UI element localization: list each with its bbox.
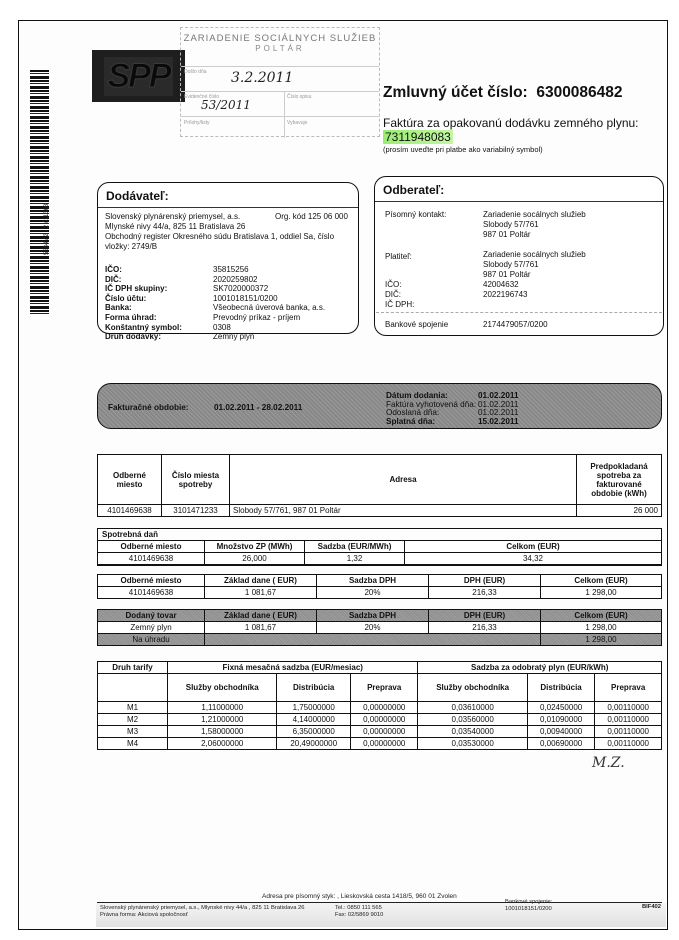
goods-table: Dodaný tovar Základ dane ( EUR) Sadzba D… [97,609,662,646]
tariff-row: M11,110000001,750000000,000000000,036100… [98,702,662,714]
footer-bank: 1001018151/0200 [505,906,552,912]
payer-line-1: Zariadenie socálnych služieb [483,250,586,259]
supplier-org-code: Org. kód 125 06 000 [275,212,348,221]
supplier-field-label: Číslo účtu: [105,294,146,303]
supplier-field-label: Forma úhrad: [105,313,157,322]
supplier-name: Slovenský plynárenský priemysel, a.s. [105,212,240,221]
tariff-table: Druh tarify Fixná mesačná sadzba (EUR/me… [97,661,662,750]
consumption-site-number: 3101471233 [162,505,230,517]
supplier-field-value: Všeobecná úverová banka, a.s. [213,303,325,312]
customer-dic-label: DIČ: [385,290,401,299]
period-value: 01.02.2011 - 28.02.2011 [214,403,302,412]
stamp-reg-number: 53/2011 [201,98,251,112]
customer-icdph-label: IČ DPH: [385,300,414,309]
customer-ico-label: IČO: [385,280,401,289]
contact-line-3: 987 01 Poltár [483,230,531,239]
correspondence-address: Adresa pre písomný styk: , Lieskovská ce… [262,893,457,900]
vat-total: 1 298,00 [541,587,662,599]
customer-bank: 2174479057/0200 [483,320,548,329]
contact-line-2: Slobody 57/761 [483,220,539,229]
vat-table: Odberné miesto Základ dane ( EUR) Sadzba… [97,574,662,599]
payer-line-3: 987 01 Poltár [483,270,531,279]
supplier-field-value: Prevodný príkaz - príjem [213,313,300,322]
stamp-received-date: 3.2.2011 [231,70,293,86]
supplier-register-2: vložky: 2749/B [105,242,157,251]
handwritten-initials: M.Z. [592,755,625,771]
supplier-field-value: 0308 [213,323,231,332]
supplier-field-label: IČO: [105,265,122,274]
supplier-title: Dodávateľ: [98,183,358,208]
period-date-value: 15.02.2011 [478,417,519,426]
customer-dic: 2022196743 [483,290,528,299]
period-date-label: Splatná dňa: [386,417,435,426]
excise-title: Spotrebná daň [102,530,158,539]
tariff-row: M21,210000004,140000000,000000000,035600… [98,714,662,726]
consumption-table: Odberné miesto Číslo miesta spotreby Adr… [97,454,662,517]
customer-ico: 42004632 [483,280,519,289]
stamp-subtitle: POLTÁR [181,44,379,53]
spp-logo: SPP [92,50,185,102]
supplier-field-label: IČ DPH skupiny: [105,284,167,293]
variable-symbol: 7311948083 [383,130,453,144]
supplier-field-value: SK7020000372 [213,284,268,293]
contract-account: Zmluvný účet číslo: 6300086482 [383,84,623,102]
supplier-field-label: Banka: [105,303,132,312]
contact-line-1: Zariadenie socálnych služieb [483,210,586,219]
stamp-title: ZARIADENIE SOCIÁLNYCH SLUŽIEB [181,33,379,44]
payer-line-2: Slobody 57/761 [483,260,539,269]
estimated-consumption: 26 000 [577,505,662,517]
barcode [30,70,49,315]
period-label: Fakturačné obdobie: [108,403,189,412]
consumption-point: 4101469638 [98,505,162,517]
contract-number: 6300086482 [536,84,622,101]
footer-company: Slovenský plynárenský priemysel, a.s., M… [100,905,305,911]
customer-title: Odberateľ: [375,177,663,202]
barcode-number: 5684 / 2 / 2 / 11368 [44,204,50,255]
tariff-row: M31,580000006,350000000,000000000,035400… [98,726,662,738]
supplier-address: Mlynské nivy 44/a, 825 11 Bratislava 26 [105,222,245,231]
footer-form-code: BIF402 [642,904,661,910]
stamp-received-label: Došlo dňa [184,69,207,75]
excise-total: 34,32 [405,553,662,565]
payer-label: Platiteľ: [385,252,412,261]
footer-tel: Tel.: 0850 111 565 [335,905,382,911]
billing-period-band: Fakturačné obdobie: 01.02.2011 - 28.02.2… [97,383,662,429]
tariff-row: M42,0600000020,490000000,000000000,03530… [98,738,662,750]
stamp-attachments-label: Prílohy/listy [184,120,210,126]
footer-bank-label: Bankové spojenie: [505,899,552,905]
supplier-field-value: 1001018151/0200 [213,294,278,303]
variable-symbol-note: (prosím uveďte pri platbe ako variabilný… [383,145,543,154]
consumption-address: Slobody 57/761, 987 01 Poltár [230,505,577,517]
supplier-field-label: Druh dodávky: [105,332,161,341]
excise-table: Odberné miesto Množstvo ZP (MWh) Sadzba … [97,540,662,565]
customer-bank-label: Bankové spojenie [385,320,448,329]
supplier-field-label: Konštantný symbol: [105,323,182,332]
footer-fax: Fax: 02/5869 9010 [335,912,383,918]
receipt-stamp: ZARIADENIE SOCIÁLNYCH SLUŽIEB POLTÁR Doš… [180,27,380,137]
stamp-file-label: Číslo spisu [287,94,311,100]
supplier-field-value: Zemný plyn [213,332,254,341]
stamp-handler-label: Vybavuje [287,120,307,126]
supplier-field-value: 2020259802 [213,275,258,284]
amount-due-value: 1 298,00 [541,634,662,646]
contact-label: Písomný kontakt: [385,210,446,219]
amount-due-label: Na úhradu [98,634,205,646]
supplier-register: Obchodný register Okresného súdu Bratisl… [105,232,334,241]
footer-legal-form: Právna forma: Akciová spoločnosť [100,912,188,918]
supplier-field-label: DIČ: [105,275,121,284]
invoice-description: Faktúra za opakovanú dodávku zemného ply… [383,116,639,130]
supplier-field-value: 35815256 [213,265,249,274]
